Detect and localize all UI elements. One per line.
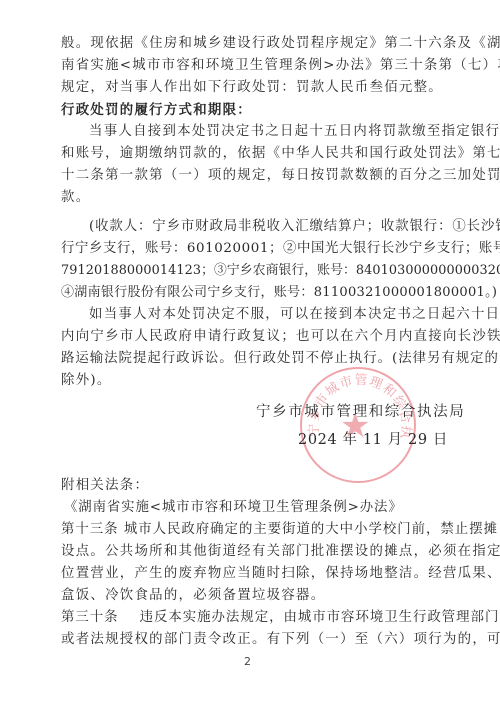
paragraph-2-line-4: 款。 (61, 189, 419, 207)
paragraph-2-line-1: 当事人自接到本处罚决定书之日起十五日内将罚款缴至指定银行 (89, 123, 419, 141)
issue-date: 2024 年 11 月 29 日 (298, 428, 448, 449)
article-30-line-1: 第三十条 违反本实施办法规定，由城市市容环境卫生行政管理部门 (61, 609, 419, 627)
article-13-line-3: 位置营业，产生的废弃物应当随时扫除，保持场地整洁。经营瓜果、 (61, 565, 419, 583)
section-heading: 行政处罚的履行方式和期限： (61, 101, 419, 119)
article-13-line-4: 盒饭、冷饮食品的，必须备置垃圾容器。 (61, 587, 419, 605)
paragraph-2-line-2: 和账号，逾期缴纳罚款的，依据《中华人民共和国行政处罚法》第七 (61, 145, 419, 163)
paragraph-3-line-3: 79120188000014123；③宁乡农商银行，账号：84010300000… (61, 262, 419, 280)
paragraph-1-line-2: 南省实施<城市市容和环境卫生管理条例>办法》第三十条第（七）项 (61, 57, 419, 75)
article-13-line-2: 设点。公共场所和其他街道经有关部门批准摆设的摊点，必须在指定 (61, 543, 419, 561)
page-number: 2 (244, 655, 251, 668)
article-30-line-2: 或者法规授权的部门责令改正。有下列（一）至（六）项行为的，可 (61, 631, 419, 649)
official-seal: 宁乡市城市管理和综合执法局 ★ (300, 367, 416, 483)
paragraph-1-line-3: 规定，对当事人作出如下行政处罚：罚款人民币叁佰元整。 (61, 79, 419, 97)
paragraph-4-line-1: 如当事人对本处罚决定不服，可以在接到本决定书之日起六十日 (89, 306, 419, 324)
document-page: 般。现依据《住房和城乡建设行政处罚程序规定》第二十六条及《湖 南省实施<城市市容… (0, 0, 500, 707)
article-13-line-1: 第十三条 城市人民政府确定的主要街道的大中小学校门前，禁止摆摊 (61, 521, 419, 539)
paragraph-3-line-4: ④湖南银行股份有限公司宁乡支行，账号：81100321000001800001。… (61, 284, 419, 302)
paragraph-4-line-2: 内向宁乡市人民政府申请行政复议；也可以在六个月内直接向长沙铁 (61, 328, 419, 346)
issuing-authority: 宁乡市城市管理和综合执法局 (256, 400, 465, 421)
paragraph-2-line-3: 十二条第一款第（一）项的规定，每日按罚款数额的百分之三加处罚 (61, 167, 419, 185)
paragraph-1-line-1: 般。现依据《住房和城乡建设行政处罚程序规定》第二十六条及《湖 (61, 35, 419, 53)
paragraph-3-line-2: 行宁乡支行，账号：601020001；②中国光大银行长沙宁乡支行；账号： (61, 240, 419, 258)
appendix-law-title: 《湖南省实施<城市市容和环境卫生管理条例>办法》 (64, 499, 422, 517)
paragraph-4-line-3: 路运输法院提起行政诉讼。但行政处罚不停止执行。(法律另有规定的 (61, 350, 419, 368)
paragraph-3-line-1: (收款人：宁乡市财政局非税收入汇缴结算户；收款银行：①长沙银 (89, 218, 419, 236)
